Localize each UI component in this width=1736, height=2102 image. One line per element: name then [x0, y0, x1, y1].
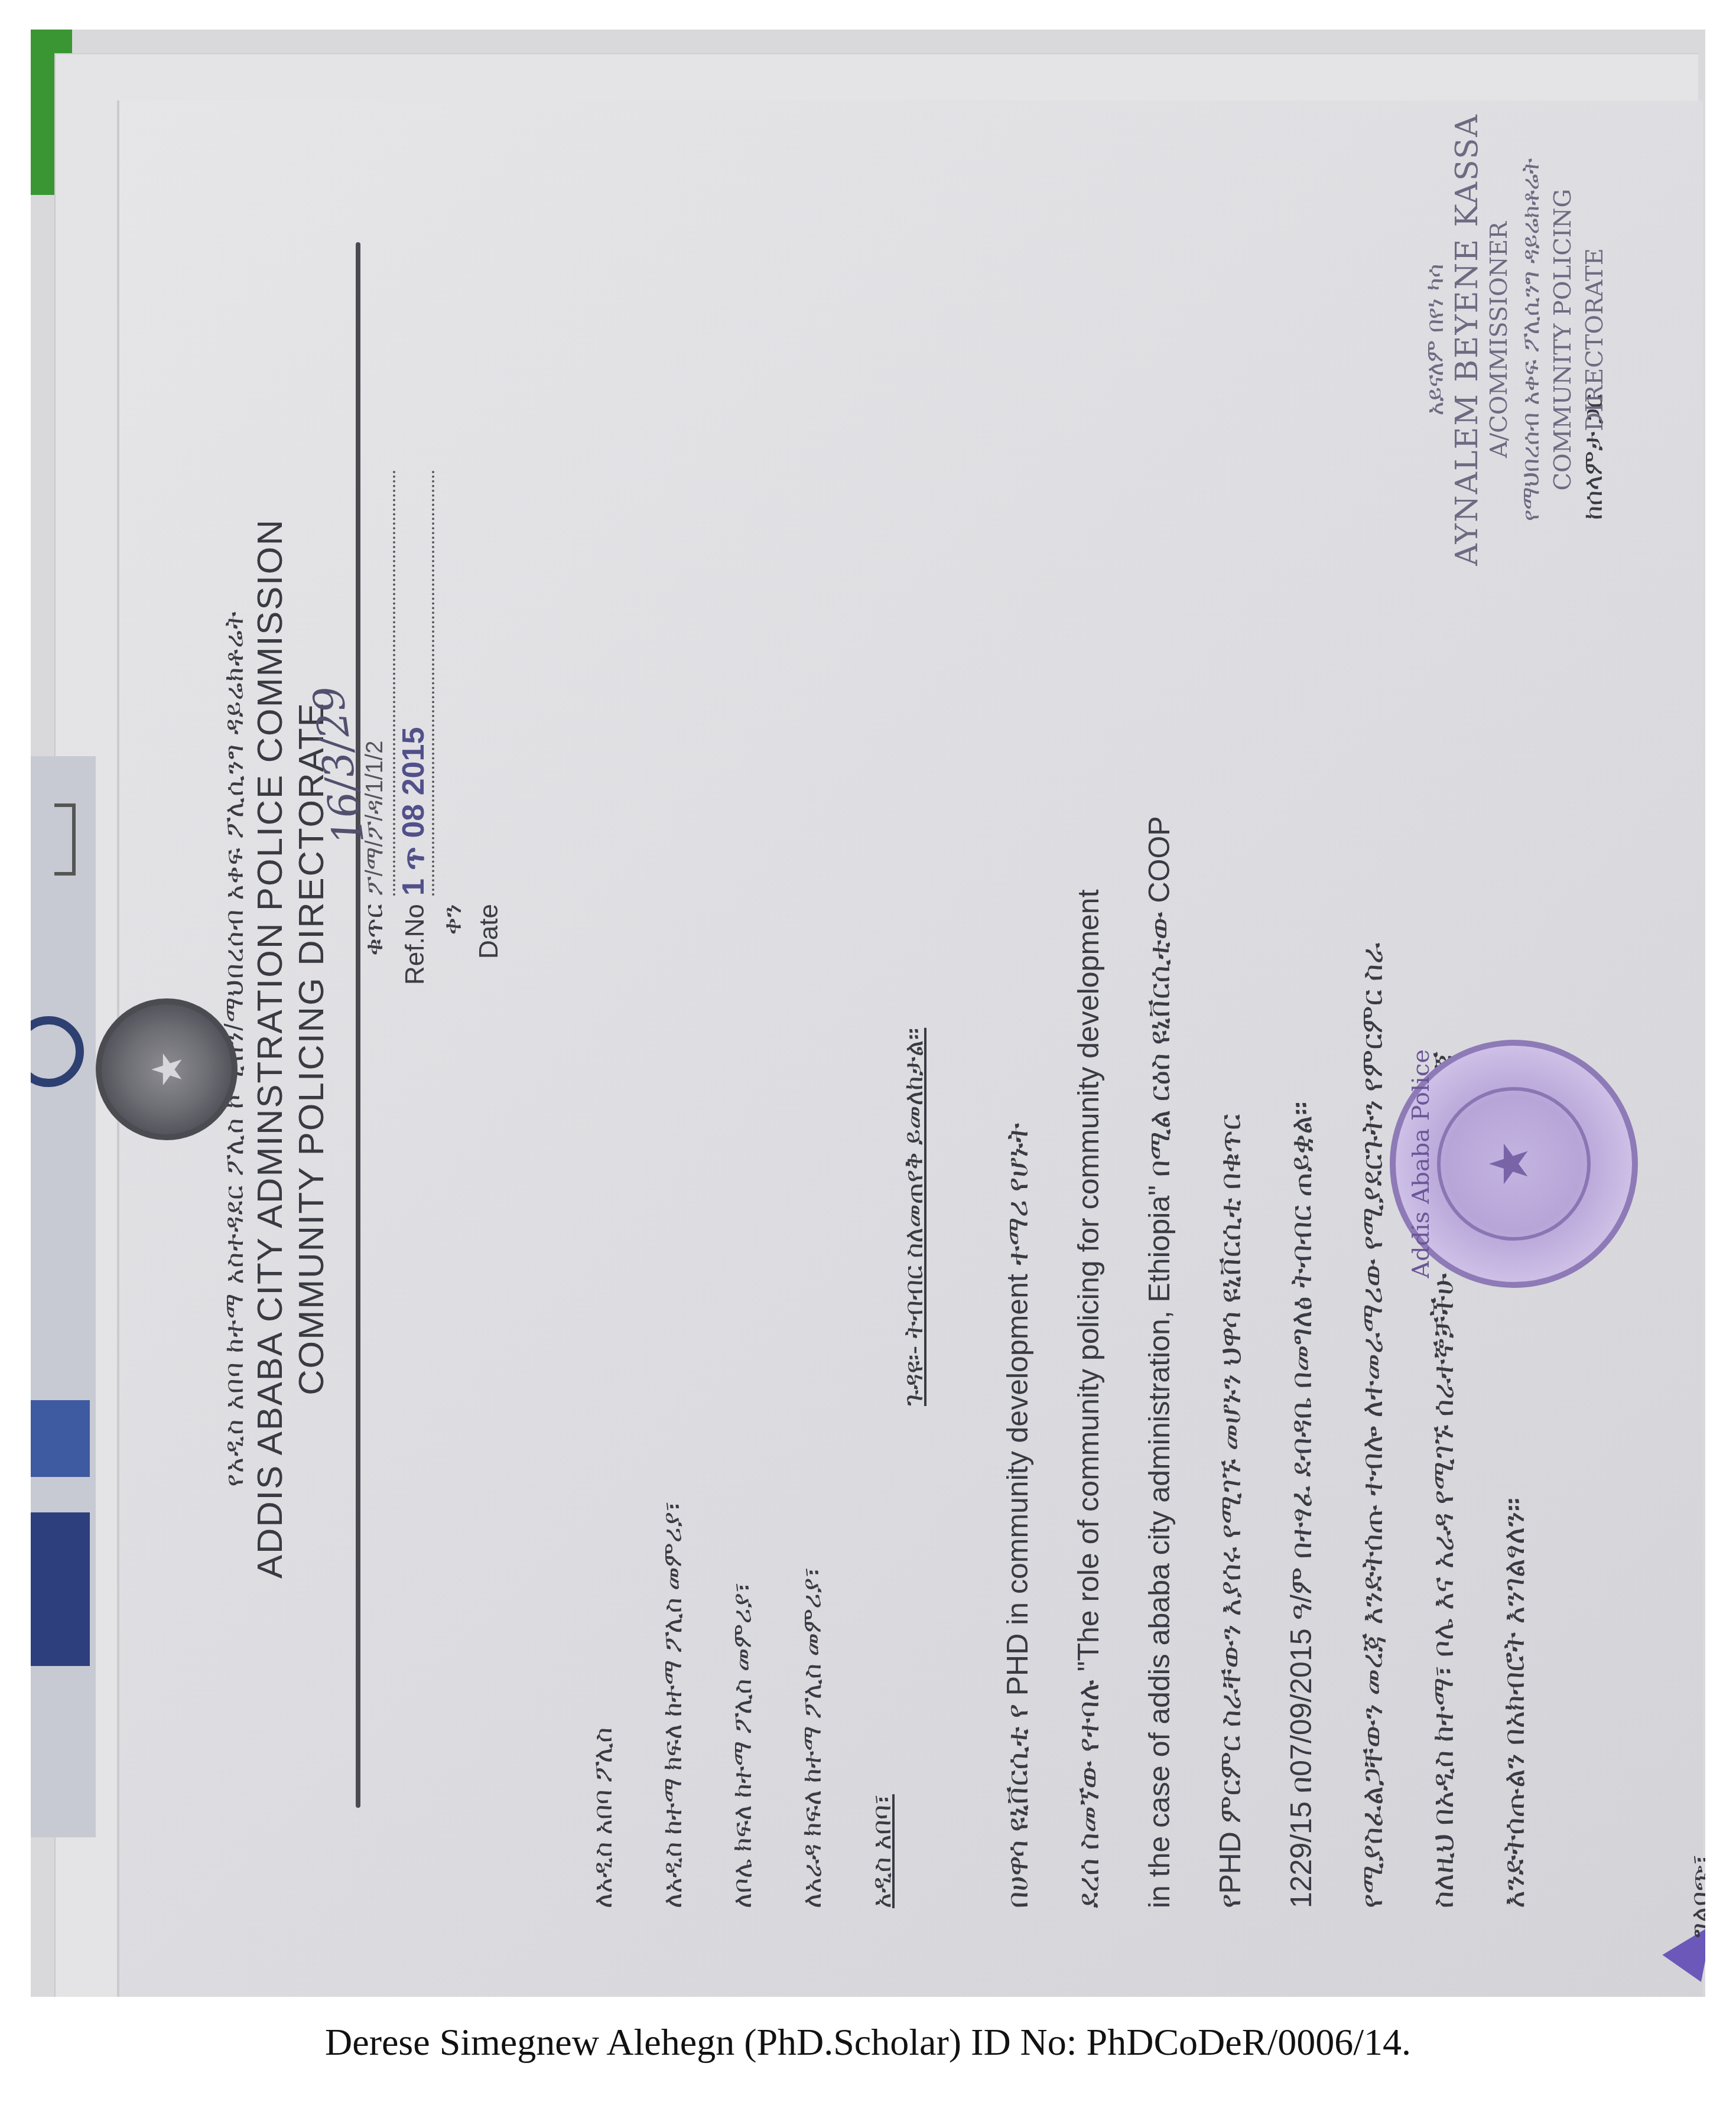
stamp-text: Addis Ababa Police [1407, 1046, 1435, 1282]
letterhead-title: ADDIS ABABA CITY ADMINSTRATION POLICE CO… [249, 100, 291, 1997]
cc-list: ግልባጭ፣ ለአቶ ደረሰ ስመኘው ለማህበረሰብ/ፖሊስ/ አደረጃጀት ዳ… [1667, 1579, 1705, 1938]
star-icon: ★ [143, 1004, 191, 1134]
ref-label-amharic: ቁጥር [356, 904, 392, 993]
addressee: ለአዲስ ከተማ ክፍለ ከተማ ፖሊስ መምሪያ፣ [638, 1501, 708, 1908]
ref-value: ፖ/ማ/ፖ/ዳ/1/1/2 [356, 470, 395, 896]
bracket-mark [54, 803, 76, 876]
ref-label: Ref.No [397, 904, 434, 993]
addressee: ለአራዳ ክፍለ ከተማ ፖሊስ መምሪያ፣ [778, 1501, 847, 1908]
subject-line: ጉዳዩ፡- ትብብር ስለመጠየቅ ይመለከታል፡፡ [899, 1028, 929, 1406]
date-value: 1 ጥ 08 2015 [395, 470, 434, 896]
signatory-amharic-name: አይናለም በየነ ካሳ [1419, 100, 1451, 579]
letter-sheet: ★ የአዲስ አበባ ከተማ አስተዳደር ፖሊስ ኮሚሽን/ማህበረሰብ አቀ… [119, 100, 1703, 1997]
addressee: ለአዲስ አበባ ፖሊስ [568, 1501, 638, 1908]
signatory-dept: COMMUNITY POLICING DIRECTORATE [1547, 100, 1611, 579]
body-line: ደረሰ ስመኘው የተባሉ "The role of community pol… [1053, 254, 1124, 1908]
signature-block: አይናለም በየነ ካሳ AYNALEM BEYENE KASSA A/COMM… [1419, 100, 1611, 579]
addressee: ለቦሌ ክፍለ ከተማ ፖሊስ መምሪያ፣ [708, 1501, 778, 1908]
figure-caption: Derese Simegnew Alehegn (PhD.Scholar) ID… [0, 2020, 1736, 2064]
addressee-list: ለአዲስ አበባ ፖሊስ ለአዲስ ከተማ ክፍለ ከተማ ፖሊስ መምሪያ፣ … [568, 1501, 917, 1908]
signatory-dept-amharic: የማህበረሰብ አቀፍ ፖሊሲንግ ዳይሬክቶሬት [1515, 100, 1547, 579]
signatory-title: A/COMMISSIONER [1483, 100, 1515, 579]
rotated-letter-content: ★ የአዲስ አበባ ከተማ አስተዳደር ፖሊስ ኮሚሽን/ማህበረሰብ አቀ… [119, 100, 1703, 1997]
body-line: የሚያስፈልጋቸውን መረጃ እንድትሰጡ ተብሎ ለተመራማሪው የሚያደርጉ… [1337, 254, 1407, 1908]
body-line: የPHD ምርምር ስራቸውን እያሰሩ የሚገኙ መሆኑን ህዋሳ ዩኒቨርሲ… [1195, 254, 1266, 1908]
letterhead-subtitle: COMMUNITY POLICING DIRECTORATE [291, 100, 332, 1997]
background-poster [31, 756, 96, 1837]
document-photo: ★ የአዲስ አበባ ከተማ አስተዳደር ፖሊስ ኮሚሽን/ማህበረሰብ አቀ… [31, 30, 1705, 1997]
poster-navy-band [31, 1512, 90, 1666]
date-label: Date [471, 904, 508, 993]
star-icon: ★ [1478, 1046, 1540, 1282]
police-emblem-icon: ★ [96, 998, 238, 1140]
body-line: in the case of addis ababa city administ… [1124, 254, 1195, 1908]
letterhead: ★ የአዲስ አበባ ከተማ አስተዳደር ፖሊስ ኮሚሽን/ማህበረሰብ አቀ… [220, 100, 332, 1997]
greeting: አዲስ አበባ፣ [847, 1501, 917, 1908]
official-stamp: Addis Ababa Police ★ [1390, 1040, 1638, 1288]
poster-logo-icon [31, 1016, 84, 1087]
signatory-name: AYNALEM BEYENE KASSA [1451, 100, 1483, 579]
cc-title: ግልባጭ፣ [1667, 1579, 1705, 1938]
body-line: 1229/15 በ07/09/2015 ዓ/ም በተፃፈ ደብዳቤ በመግለፅ … [1266, 254, 1337, 1908]
poster-blue-band [31, 1400, 90, 1477]
reference-block: ቁጥር ፖ/ማ/ፖ/ዳ/1/1/2 Ref.No 1 ጥ 08 2015 ቀን … [356, 470, 508, 993]
date-label-amharic: ቀን [434, 904, 471, 993]
body-line: በሀዋሳ ዩኒቨርሲቲ የ PHD in community developme… [982, 254, 1053, 1908]
